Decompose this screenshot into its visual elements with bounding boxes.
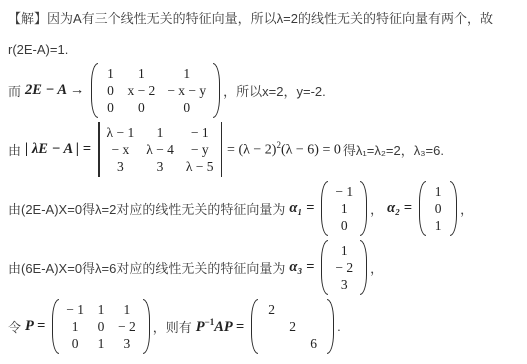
vector-cell: 0 (339, 217, 349, 234)
vector-alpha1-cells: − 1 1 0 (328, 181, 360, 236)
matrix-cell: − y (191, 141, 209, 158)
left-paren-icon (419, 181, 426, 236)
expr-2e-minus-a: 2E − A → (25, 82, 84, 99)
matrix-cell: 1 (155, 124, 165, 141)
pap-rest: AP = (214, 318, 244, 334)
solution-line-2: r(2E-A)=1. (8, 41, 519, 59)
vector-cell: − 1 (335, 183, 353, 200)
vector-alpha2-cells: 1 0 1 (426, 181, 450, 236)
matrix-cell: 2 (286, 318, 299, 335)
matrix-p-cells: − 1 1 1 1 0 − 2 0 1 3 (59, 299, 143, 354)
matrix-cell: 1 (136, 65, 146, 82)
char-poly-a: = (λ − 2) (227, 142, 276, 157)
matrix-cell: 3 (122, 335, 132, 352)
left-paren-icon (321, 181, 328, 236)
line7-prefix: 令 (8, 317, 21, 336)
rank-equation-text: r(2E-A)=1. (8, 41, 68, 59)
line5-suffix: ， (460, 199, 473, 218)
solution-line-3: 而 2E − A → 1 1 1 0 x − 2 − x − y 0 0 0 ，… (8, 62, 519, 118)
vector-alpha2: 1 0 1 (419, 181, 457, 236)
right-paren-icon (327, 299, 334, 354)
vector-alpha1: − 1 1 0 (321, 181, 367, 236)
solution-intro-text: 【解】因为A有三个线性无关的特征向量，所以λ=2的线性无关的特征向量有两个，故 (8, 10, 493, 28)
right-paren-icon (360, 240, 367, 295)
left-paren-icon (91, 63, 98, 118)
pap-base: P (196, 318, 205, 334)
matrix-cell: − x (111, 141, 129, 158)
solution-line-4: 由 | λE − A | = λ − 1 1 − 1 − x λ − 4 − y… (8, 121, 519, 177)
matrix-cell: 3 (115, 158, 125, 175)
vector-cell: 1 (433, 217, 443, 234)
matrix-cell: λ − 5 (186, 158, 214, 175)
matrix-cell: − 1 (66, 301, 84, 318)
line3-suffix: ，所以x=2，y=-2. (223, 81, 326, 100)
left-paren-icon (52, 299, 59, 354)
determinant-matrix: λ − 1 1 − 1 − x λ − 4 − y 3 3 λ − 5 (98, 122, 222, 177)
vector-cell: 1 (339, 200, 349, 217)
line5-prefix: 由(2E-A)X=0得λ=2对应的线性无关的特征向量为 (8, 199, 285, 218)
vector-cell: 0 (433, 200, 443, 217)
solution-line-6: 由(6E-A)X=0得λ=6对应的线性无关的特征向量为 α₃ = 1 − 2 3… (8, 239, 519, 295)
matrix-diagonal: 2 2 6 (251, 299, 334, 354)
char-poly-expr: = (λ − 2)2(λ − 6) = 0 (227, 140, 341, 159)
p-matrix-label: P = (25, 318, 45, 335)
matrix-cell: 0 (70, 335, 80, 352)
p-inverse-ap-label: P−1AP = (196, 317, 244, 336)
matrix-cell: 1 (182, 65, 192, 82)
matrix-cell: 1 (96, 335, 106, 352)
line6-suffix: ， (370, 258, 383, 277)
matrix-cell: − 2 (118, 318, 136, 335)
matrix-cell: λ − 1 (107, 124, 135, 141)
vector-cell: 1 (433, 183, 443, 200)
line7-suffix: . (337, 319, 341, 334)
expr-det-lambda-e-a: | λE − A | = (25, 141, 91, 158)
vector-alpha3: 1 − 2 3 (321, 240, 367, 295)
matrix-cell: 0 (105, 82, 115, 99)
line6-prefix: 由(6E-A)X=0得λ=6对应的线性无关的特征向量为 (8, 258, 285, 277)
matrix-cell: x − 2 (127, 82, 155, 99)
solution-line-7: 令 P = − 1 1 1 1 0 − 2 0 1 3 ，则有 P−1AP = … (8, 298, 519, 354)
line7-mid: ，则有 (153, 317, 192, 336)
matrix-cell: 6 (307, 335, 320, 352)
right-paren-icon (143, 299, 150, 354)
left-paren-icon (321, 240, 328, 295)
matrix-cell: λ − 4 (146, 141, 174, 158)
matrix-cell: 1 (122, 301, 132, 318)
matrix-2e-a-cells: 1 1 1 0 x − 2 − x − y 0 0 0 (98, 63, 213, 118)
matrix-cell: 1 (105, 65, 115, 82)
matrix-cell: 2 (265, 301, 278, 318)
right-paren-icon (450, 181, 457, 236)
alpha2-label: α₂ = (387, 200, 412, 217)
vector-alpha3-cells: 1 − 2 3 (328, 240, 360, 295)
vector-cell: 1 (339, 242, 349, 259)
line5-separator: ， (370, 199, 383, 218)
eigenvalues-text: 得λ₁=λ₂=2，λ₃=6. (343, 140, 444, 159)
matrix-diagonal-cells: 2 2 6 (258, 299, 327, 354)
matrix-cell: 0 (105, 99, 115, 116)
vector-cell: − 2 (335, 259, 353, 276)
matrix-cell: 3 (155, 158, 165, 175)
left-paren-icon (251, 299, 258, 354)
char-poly-b: (λ − 6) = 0 (281, 142, 341, 157)
right-paren-icon (213, 63, 220, 118)
line3-prefix: 而 (8, 81, 21, 100)
solution-document: 【解】因为A有三个线性无关的特征向量，所以λ=2的线性无关的特征向量有两个，故 … (0, 0, 527, 354)
matrix-cell: − x − y (167, 82, 206, 99)
matrix-cell: 1 (70, 318, 80, 335)
pap-exponent: −1 (205, 317, 215, 327)
matrix-cell: 0 (182, 99, 192, 116)
line4-prefix: 由 (8, 140, 21, 159)
matrix-p: − 1 1 1 1 0 − 2 0 1 3 (52, 299, 150, 354)
matrix-cell: − 1 (191, 124, 209, 141)
determinant-cells: λ − 1 1 − 1 − x λ − 4 − y 3 3 λ − 5 (100, 122, 221, 177)
solution-line-1: 【解】因为A有三个线性无关的特征向量，所以λ=2的线性无关的特征向量有两个，故 (8, 10, 519, 28)
matrix-2e-a: 1 1 1 0 x − 2 − x − y 0 0 0 (91, 63, 220, 118)
matrix-cell: 1 (96, 301, 106, 318)
vector-cell: 3 (339, 276, 349, 293)
matrix-cell: 0 (96, 318, 106, 335)
matrix-cell: 0 (136, 99, 146, 116)
alpha1-label: α₁ = (289, 200, 314, 217)
solution-line-5: 由(2E-A)X=0得λ=2对应的线性无关的特征向量为 α₁ = − 1 1 0… (8, 180, 519, 236)
det-right-bar-icon (221, 122, 223, 177)
alpha3-label: α₃ = (289, 259, 314, 276)
right-paren-icon (360, 181, 367, 236)
